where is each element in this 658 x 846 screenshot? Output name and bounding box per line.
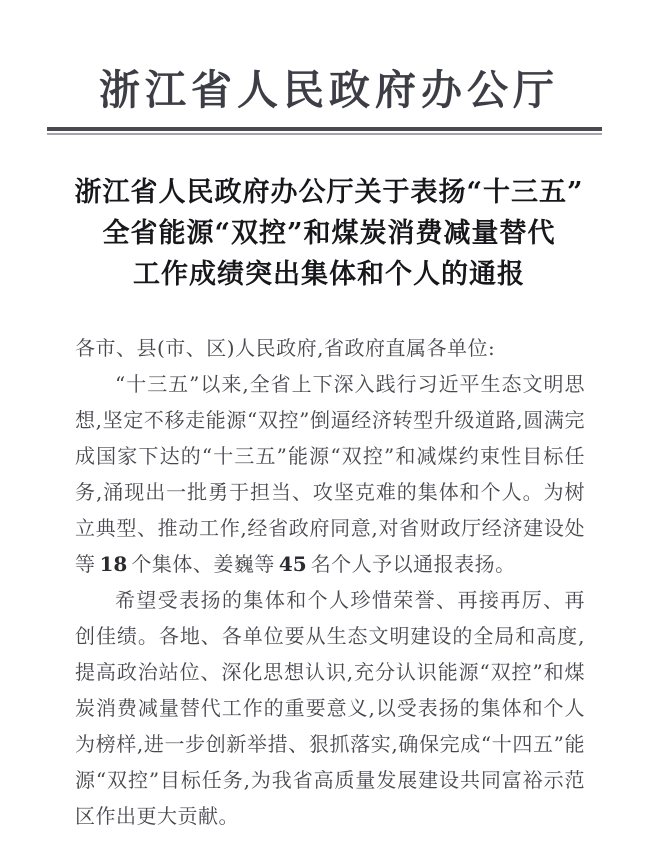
document-body: 各市、县(市、区)人民政府,省政府直属各单位: “十三五”以来,全省上下深入践行… xyxy=(75,330,585,834)
individuals-count: 45 xyxy=(279,552,307,576)
paragraph1-segment3: 名个人予以通报表扬。 xyxy=(311,552,516,576)
body-paragraph-2: 希望受表扬的集体和个人珍惜荣誉、再接再厉、再创佳绩。各地、各单位要从生态文明建设… xyxy=(75,582,585,834)
paragraph1-segment2: 个集体、姜巍等 xyxy=(131,552,275,576)
salutation-paragraph: 各市、县(市、区)人民政府,省政府直属各单位: xyxy=(75,330,585,366)
divider-thin-rule xyxy=(47,133,602,135)
document-title-line1: 浙江省人民政府办公厅关于表扬“十三五” xyxy=(0,172,658,213)
masthead: 浙江省人民政府办公厅 xyxy=(0,62,658,118)
collectives-count: 18 xyxy=(100,552,128,576)
paragraph1-segment1: “十三五”以来,全省上下深入践行习近平生态文明思想,坚定不移走能源“双控”倒逼经… xyxy=(75,372,585,576)
masthead-divider xyxy=(47,127,602,135)
masthead-org-name: 浙江省人民政府办公厅 xyxy=(0,62,658,118)
divider-thick-rule xyxy=(47,127,602,131)
body-paragraph-1: “十三五”以来,全省上下深入践行习近平生态文明思想,坚定不移走能源“双控”倒逼经… xyxy=(75,366,585,582)
document-title: 浙江省人民政府办公厅关于表扬“十三五” 全省能源“双控”和煤炭消费减量替代 工作… xyxy=(0,172,658,295)
document-title-line2: 全省能源“双控”和煤炭消费减量替代 xyxy=(0,213,658,254)
document-page: 浙江省人民政府办公厅 浙江省人民政府办公厅关于表扬“十三五” 全省能源“双控”和… xyxy=(0,0,658,846)
document-title-line3: 工作成绩突出集体和个人的通报 xyxy=(0,254,658,295)
